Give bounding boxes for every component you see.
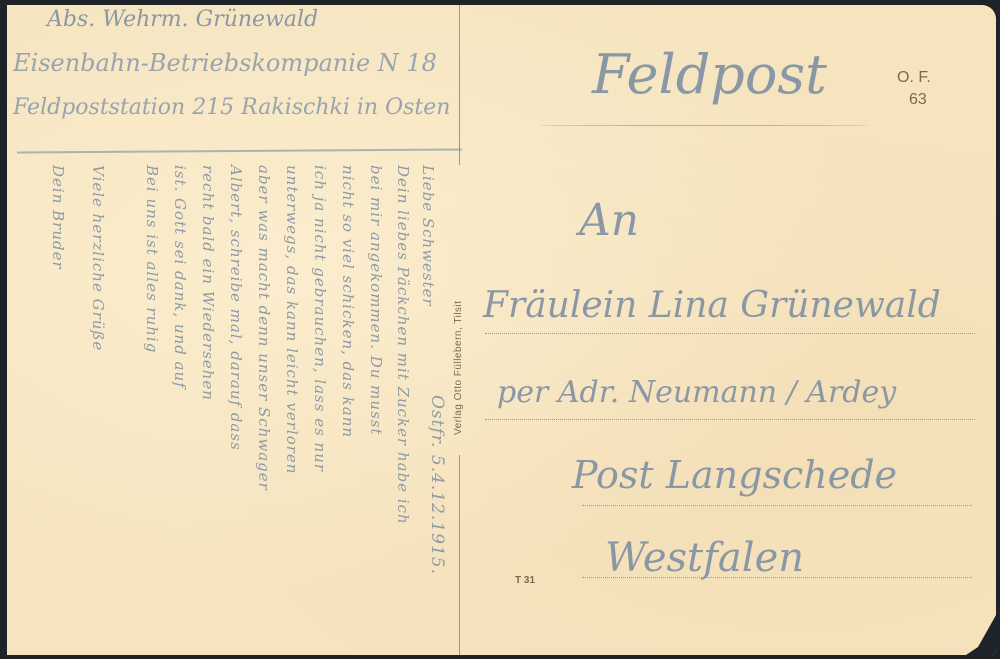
message-greeting: Liebe Schwester	[419, 165, 437, 307]
feldpost-flourish	[539, 125, 869, 126]
message-line: ist. Gott sei dank, und auf	[171, 165, 189, 389]
sender-line-1: Abs. Wehrm. Grünewald	[47, 7, 318, 32]
postal-code-of: O. F.	[897, 69, 931, 87]
message-line: nicht so viel schicken, das kann	[339, 165, 357, 438]
message-line: Bei uns ist alles ruhig	[143, 165, 161, 353]
address-dotted-line-1	[485, 333, 975, 334]
address-salutation: An	[579, 195, 639, 246]
postcard: Abs. Wehrm. Grünewald Eisenbahn-Betriebs…	[7, 5, 996, 655]
message-line: Dein liebes Päckchen mit Zucker habe ich	[394, 165, 412, 525]
feldpost-header: Feldpost	[592, 43, 827, 106]
divider-bottom	[459, 455, 460, 655]
message-date: Ostfr. 5.4.12.1915.	[427, 395, 447, 575]
message-line: aber was macht denn unser Schwager	[255, 165, 273, 491]
divider-top	[459, 5, 460, 165]
message-line: ich ja nicht gebrauchen, lass es nur	[311, 165, 329, 472]
message-line: Viele herzliche Grüße	[89, 165, 107, 351]
sender-line-2: Eisenbahn-Betriebskompanie N 18	[13, 49, 437, 77]
message-line: bei mir angekommen. Du musst	[367, 165, 385, 436]
address-dotted-line-2	[485, 419, 975, 420]
message-line: Albert, schreibe mal, darauf dass	[227, 165, 245, 451]
sender-underline	[17, 148, 462, 153]
torn-corner	[966, 615, 996, 655]
address-line-1: Fräulein Lina Grünewald	[483, 285, 941, 326]
address-dotted-line-3	[582, 505, 972, 506]
publisher-imprint: Verlag Otto Füllebern, Tilsit	[453, 300, 464, 435]
message-line: recht bald ein Wiedersehen	[199, 165, 217, 401]
address-line-3: Post Langschede	[572, 453, 897, 497]
postal-code-number: 63	[909, 91, 927, 109]
message-line: Dein Bruder	[49, 165, 67, 270]
address-line-2: per Adr. Neumann / Ardey	[497, 375, 896, 410]
address-dotted-line-4	[582, 577, 972, 578]
sender-line-3: Feldpoststation 215 Rakischki in Osten	[13, 95, 450, 120]
series-number: T 31	[515, 575, 535, 586]
address-line-4: Westfalen	[605, 535, 804, 581]
message-line: unterwegs, das kann leicht verloren	[283, 165, 301, 474]
